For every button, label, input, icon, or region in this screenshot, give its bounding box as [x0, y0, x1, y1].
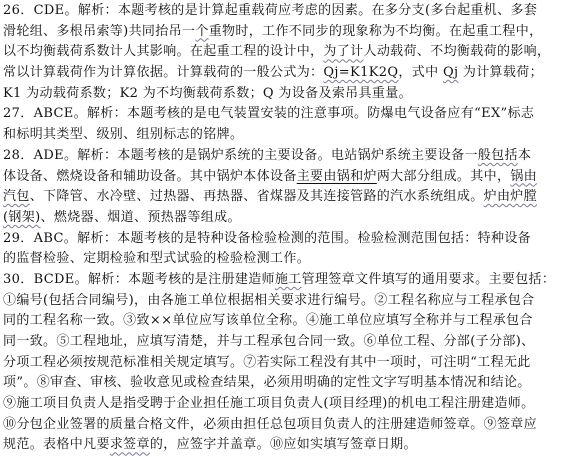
- text-line-10: 汽包、下降管、水冷壁、过热器、再热器、省煤器及其连接管路的汽水系统组成。炉由炉膛: [3, 187, 563, 208]
- text-segment-underlined: 汽包: [3, 189, 30, 204]
- variable-underlined: Qj: [443, 65, 458, 80]
- text-segment-underlined: 主要由锅和炉: [297, 169, 377, 184]
- text-segment: ，式中: [398, 65, 443, 80]
- text-segment: 的，应签字并盖章。⑩应如实填写签章日期。: [150, 437, 417, 452]
- text-line-12: 29．ABC。解析：本题考核的是特种设备检验检测的范围。检验检测范围包括：特种设…: [3, 229, 563, 250]
- text-segment: 常以计算载荷作为计算依据。计算载荷的一般公式为：: [3, 65, 323, 80]
- text-line-16: 同的工程名称一致。③致××单位应写该单位全称。④施工单位应填写全称并与工程承包合: [3, 311, 563, 332]
- text-segment-underlined: 求签章: [110, 437, 150, 452]
- text-line-17: 同一致。⑤工程地址，应填写清楚，并与工程承包合同一致。⑥单位工程、分部(子分部)…: [3, 332, 563, 353]
- text-line-1: 26．CDE。解析：本题考核的是计算起重载荷应考虑的因素。在多分支(多台起重机、…: [3, 1, 563, 22]
- text-line-15: ①编号(包括合同编号)，由各施工单位根据相关要求进行编号。②工程名称应与工程承包…: [3, 291, 563, 312]
- text-line-22: 规范。表格中凡要求签章的，应签字并盖章。⑩应如实填写签章日期。: [3, 435, 563, 456]
- text-segment: 管理签章文件填写的通用要求。主要包括：: [302, 272, 556, 287]
- text-segment-underlined: (钢架): [3, 210, 41, 225]
- text-segment-underlined: 般包括: [478, 148, 518, 163]
- text-segment: 30．BCDE。解析：本题考核的是注册建造师: [3, 272, 275, 287]
- text-segment-underlined: 为了计: [323, 44, 363, 59]
- text-line-9: 体设备、燃烧设备和辅助设备。其中锅炉本体设备主要由锅和炉两大部分组成。其中，锅由: [3, 167, 563, 188]
- formula-underlined: Qj=K1K2Q: [323, 65, 398, 80]
- text-line-3: 以不均衡载荷系数计人其影响。在起重工程的设计中，为了计人动载荷、不均衡载荷的影响…: [3, 42, 563, 63]
- text-line-5: K1 为动载荷系数；K2 为不均衡载荷系数；Q 为设备及索吊具重量。: [3, 84, 563, 105]
- text-line-21: ⑩分包企业签署的质量合格文件，必须由担任总包项目负责人的注册建造师签章。⑨签章应: [3, 415, 563, 436]
- text-segment-underlined: 锅由: [510, 169, 537, 184]
- text-line-20: ⑨施工项目负责人是指受聘于企业担任施工项目负责人(项目经理)的机电工程注册建造师…: [3, 394, 563, 415]
- text-segment: 体设备、燃烧设备和辅助设备。其中锅炉本体设备: [3, 169, 297, 184]
- text-line-11: (钢架)、燃烧器、烟道、预热器等组成。: [3, 208, 563, 229]
- text-line-18: 分项工程必须按规范标准相关规定填写。⑦若实际工程没有其中一项时，可注明“工程无此: [3, 353, 563, 374]
- text-segment: 重物时，工作不同步的现象称为不均衡。在起重工程中，: [209, 24, 543, 39]
- text-segment: 、下降管、水冷壁、过热器、再热器、省煤器及其连接管路的汽水系统组成。: [30, 189, 484, 204]
- text-segment-underlined: 施工: [275, 272, 302, 287]
- text-line-6: 27．ABCE。解析：本题考核的是电气装置安装的注意事项。防爆电气设备应有“EX…: [3, 104, 563, 125]
- text-line-7: 和标明其类型、级别、组别标志的铭牌。: [3, 125, 563, 146]
- text-segment: 、燃烧器、烟道、预热器等组成。: [41, 210, 241, 225]
- text-segment: 规范。表格中凡要: [3, 437, 110, 452]
- text-segment: 28．ADE。解析：本题考核的是锅炉系统的主要设备。电站锅炉系统主要设备一: [3, 148, 478, 163]
- text-line-19: 项”。⑧审查、审核、验收意见或检查结果，必须用明确的定性文字写明基本情况和结论。: [3, 373, 563, 394]
- text-line-14: 30．BCDE。解析：本题考核的是注册建造师施工管理签章文件填写的通用要求。主要…: [3, 270, 563, 291]
- text-line-13: 的监督检验、定期检验和型式试验的检验检测工作。: [3, 249, 563, 270]
- text-line-8: 28．ADE。解析：本题考核的是锅炉系统的主要设备。电站锅炉系统主要设备一般包括…: [3, 146, 563, 167]
- text-line-4: 常以计算载荷作为计算依据。计算载荷的一般公式为：Qj=K1K2Q，式中 Qj 为…: [3, 63, 563, 84]
- text-segment: 为计算载荷；: [458, 65, 543, 80]
- text-segment: 人动载荷、不均衡载荷的影响，: [363, 44, 550, 59]
- text-line-2: 滑轮组、多根吊索等)共同抬吊一个重物时，工作不同步的现象称为不均衡。在起重工程中…: [3, 22, 563, 43]
- text-segment: 以不均衡载荷系数计人其影响。在起重工程的设计中，: [3, 44, 323, 59]
- text-segment: 两大部分组成。其中，: [377, 169, 511, 184]
- text-segment-underlined: 个: [195, 24, 208, 39]
- text-segment-underlined: 炉由炉膛: [484, 189, 537, 204]
- answer-explanation-document: 26．CDE。解析：本题考核的是计算起重载荷应考虑的因素。在多分支(多台起重机、…: [3, 1, 563, 456]
- text-segment: 本: [518, 148, 531, 163]
- text-segment: 滑轮组、多根吊索等)共同抬吊一: [3, 24, 195, 39]
